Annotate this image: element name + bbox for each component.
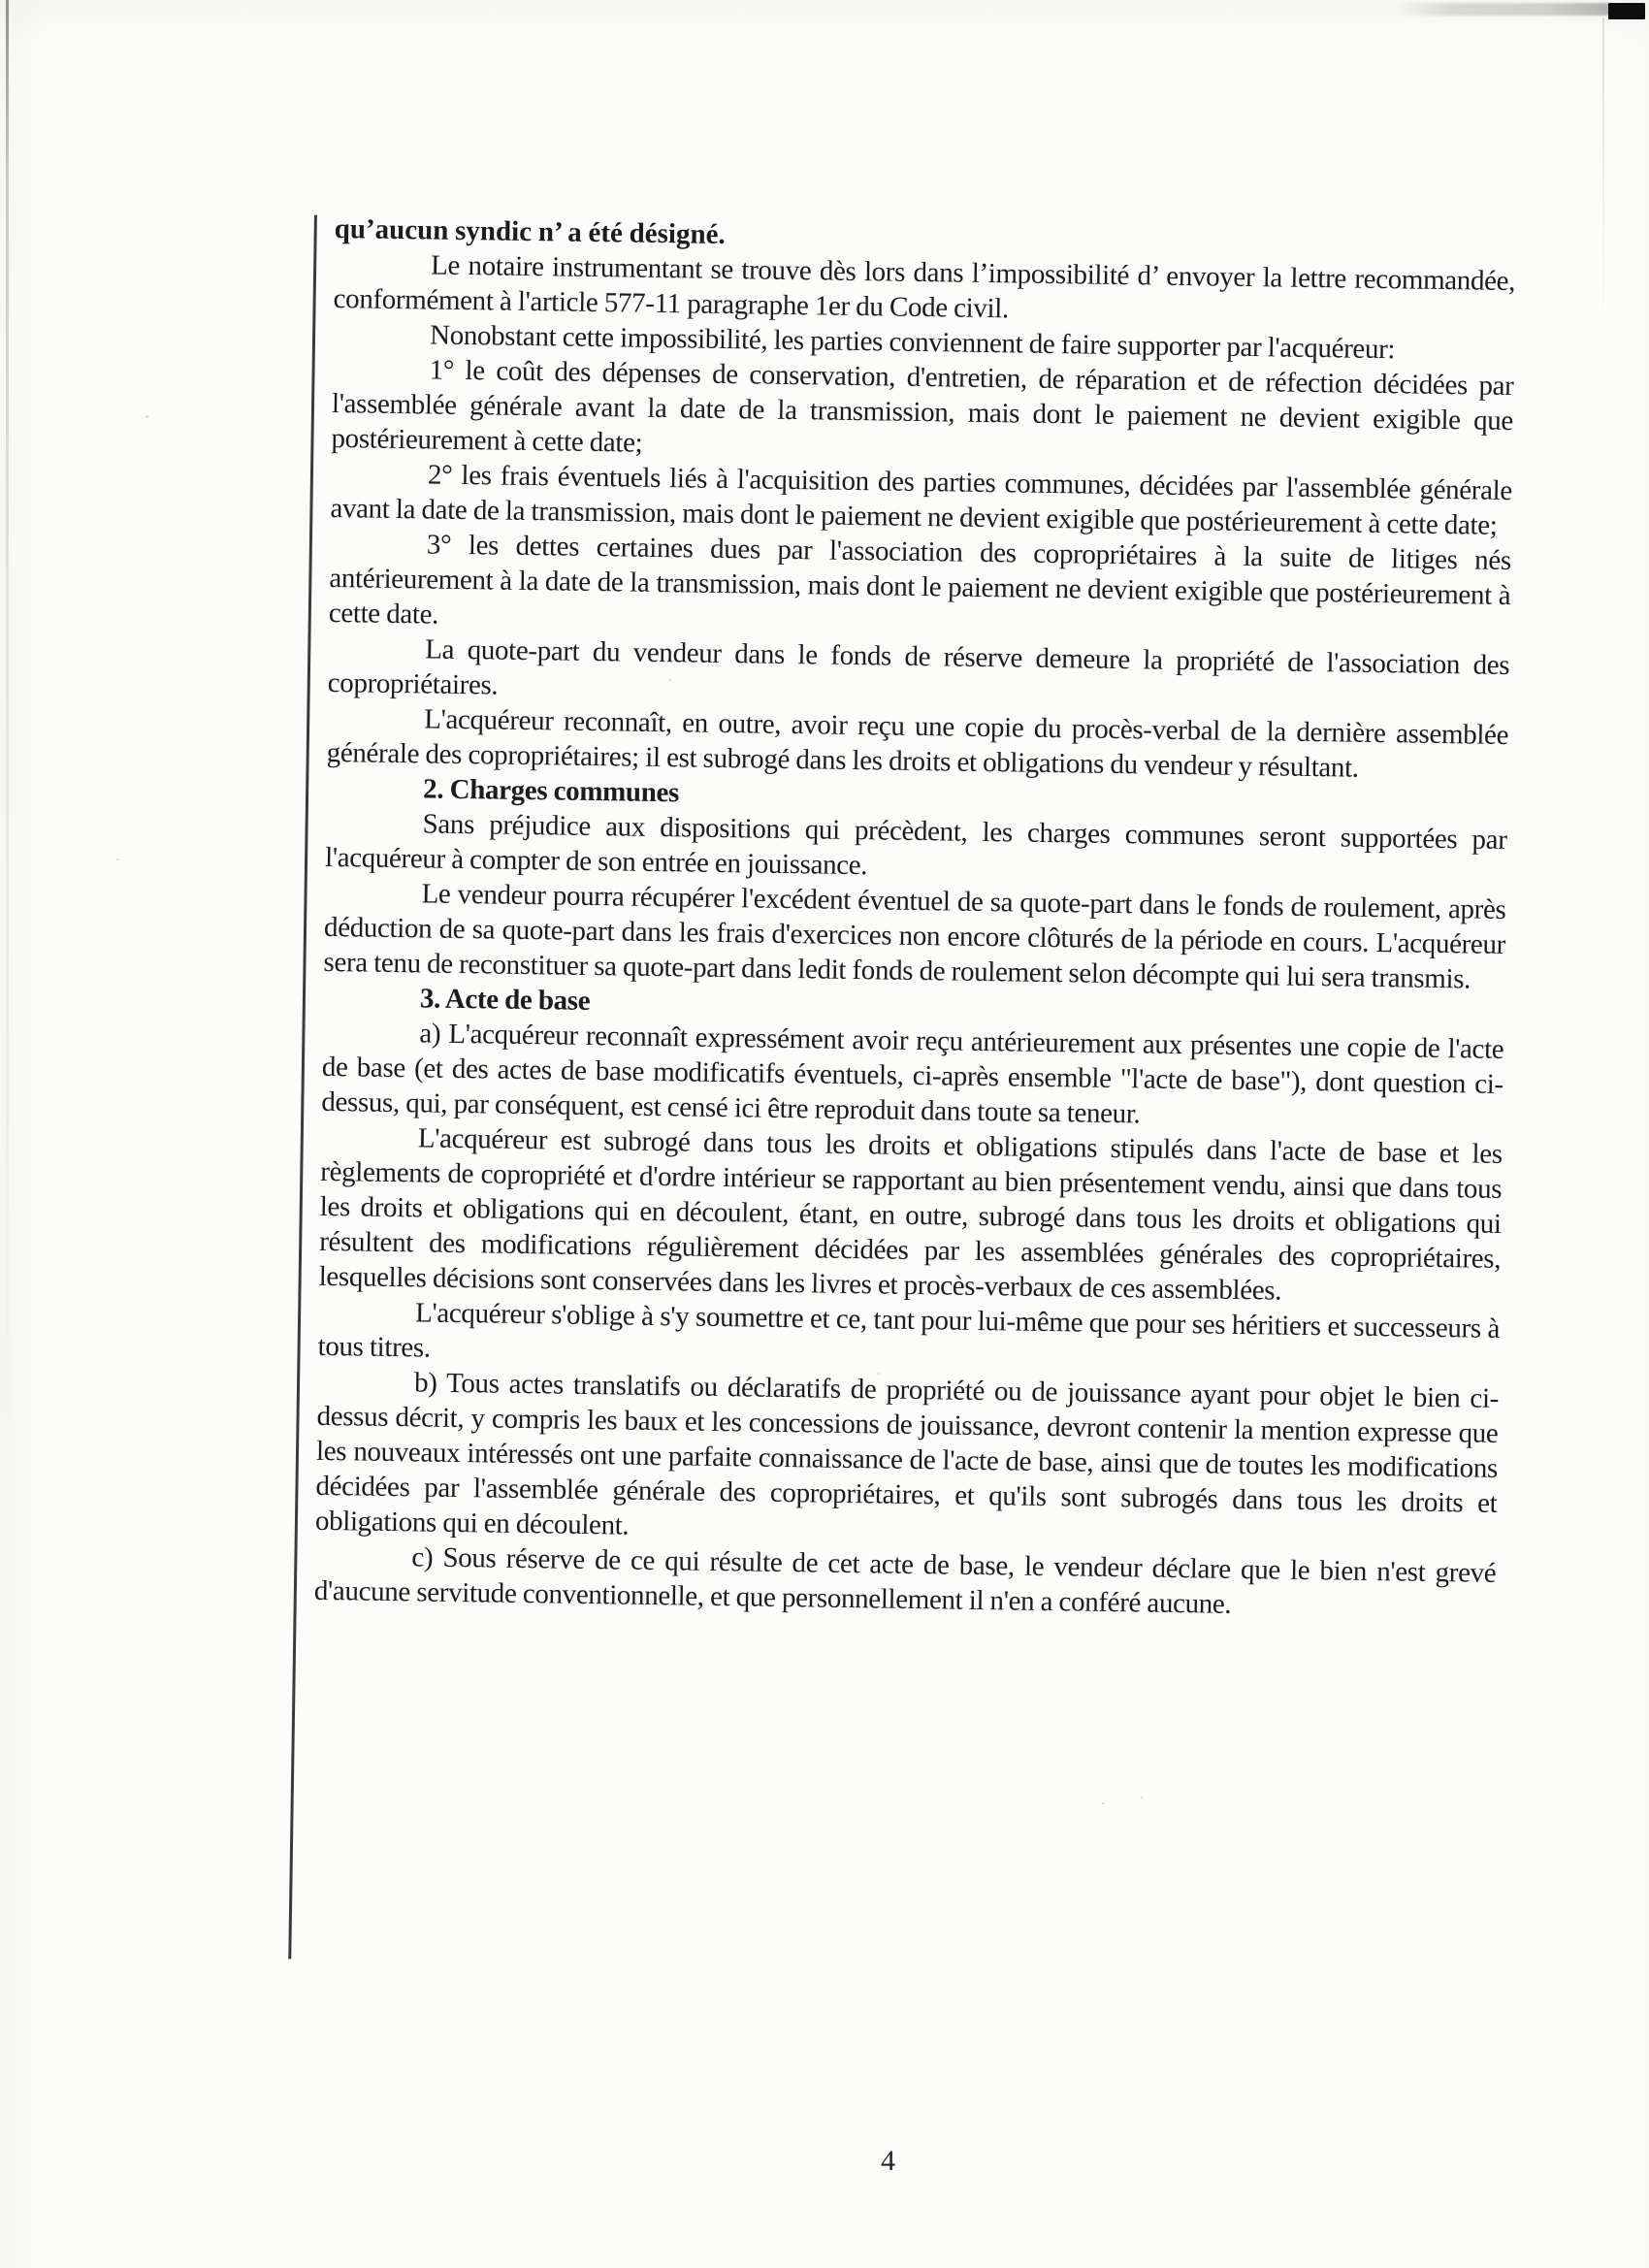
scan-corner-mark (1608, 3, 1645, 19)
paragraph-subrogation: L'acquéreur est subrogé dans tous les dr… (318, 1119, 1503, 1312)
scan-streak-artifact (1602, 17, 1604, 338)
scan-speck (1102, 1802, 1105, 1804)
paragraph-a: a) L'acquéreur reconnaît expressément av… (321, 1015, 1503, 1137)
scan-edge-artifact (6, 0, 9, 1474)
scan-speck (1141, 1797, 1143, 1798)
scan-smudge-artifact (1395, 3, 1612, 16)
margin-rule (288, 215, 317, 1960)
scanned-document-page: { "document": { "language": "fr", "page_… (0, 0, 1649, 2268)
paragraph-b: b) Tous actes translatifs ou déclaratifs… (315, 1364, 1500, 1556)
page-number: 4 (881, 2144, 895, 2179)
text-block: qu’aucun syndic n’ a été désigné. Le not… (314, 211, 1516, 1626)
paragraph-fonds-roulement: Le vendeur pourra récupérer l'excédent é… (323, 875, 1505, 997)
numbered-item-3: 3° les dettes certaines dues par l'assoc… (329, 526, 1511, 648)
numbered-item-1: 1° le coût des dépenses de conservation,… (331, 351, 1513, 473)
scan-speck (145, 415, 148, 418)
scan-speck (116, 859, 119, 860)
document-body: qu’aucun syndic n’ a été désigné. Le not… (314, 211, 1516, 1626)
